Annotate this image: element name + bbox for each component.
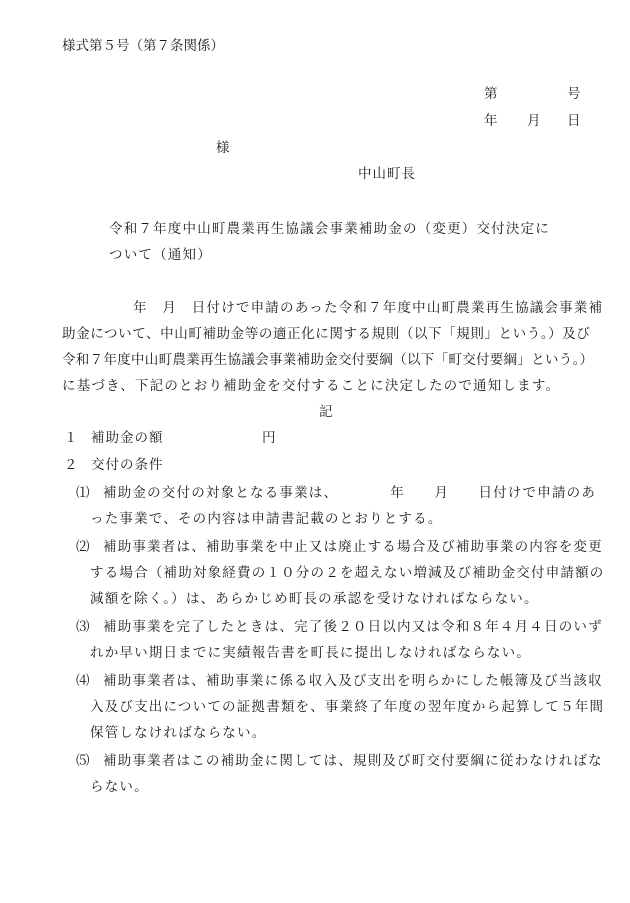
- sender-name: 中山町長: [358, 166, 416, 182]
- condition-2-number: ⑵: [76, 539, 90, 555]
- condition-3-line-2: れか早い期日までに実績報告書を町長に提出しなければならない。: [90, 645, 531, 661]
- doc-number-prefix: 第: [484, 86, 498, 102]
- condition-4-line-2: 入及び支出についての証拠書類を、事業終了年度の翌年度から起算して５年間: [90, 699, 604, 715]
- date-day: 日: [567, 113, 581, 129]
- condition-4-number: ⑷: [76, 673, 90, 689]
- condition-4-line-3: 保管しなければならない。: [90, 725, 266, 741]
- condition-5-line-2: らない。: [90, 779, 149, 795]
- body-line-2: 助金について、中山町補助金等の適正化に関する規則（以下「規則」という。）及び: [62, 326, 591, 342]
- date-year: 年: [484, 113, 498, 129]
- date-month: 月: [527, 113, 541, 129]
- body-line-1: 年 月 日付けで申請のあった令和７年度中山町農業再生協議会事業補: [133, 300, 603, 316]
- item2-number: ２: [64, 457, 78, 473]
- ki-heading: 記: [319, 404, 333, 420]
- condition-5-number: ⑸: [76, 753, 90, 769]
- item1-label: 補助金の額: [91, 430, 164, 446]
- item1-number: １: [64, 430, 78, 446]
- condition-2-line-3: 減額を除く。）は、あらかじめ町長の承認を受けなければならない。: [90, 591, 539, 607]
- condition-1-line-2: った事業で、その内容は申請書記載のとおりとする。: [90, 511, 443, 527]
- form-label: 様式第５号（第７条関係）: [62, 38, 224, 54]
- condition-4-line-1: 補助事業者は、補助事業に係る収入及び支出を明らかにした帳簿及び当該収: [103, 673, 603, 689]
- condition-5-line-1: 補助事業者はこの補助金に関しては、規則及び町交付要綱に従わなければな: [103, 753, 603, 769]
- title-line-1: 令和７年度中山町農業再生協議会事業補助金の（変更）交付決定に: [109, 221, 550, 237]
- condition-2-line-1: 補助事業者は、補助事業を中止又は廃止する場合及び補助事業の内容を変更: [103, 539, 603, 555]
- condition-2-line-2: する場合（補助対象経費の１０分の２を超えない増減及び補助金交付申請額の: [90, 565, 605, 581]
- body-line-4: に基づき、下記のとおり補助金を交付することに決定したので通知します。: [62, 378, 560, 394]
- item2-label: 交付の条件: [91, 457, 164, 473]
- condition-1-line-1: 補助金の交付の対象となる事業は、 年 月 日付けで申請のあ: [103, 485, 596, 501]
- item1-unit: 円: [262, 430, 276, 446]
- condition-3-number: ⑶: [76, 619, 90, 635]
- condition-1-number: ⑴: [76, 485, 90, 501]
- condition-3-line-1: 補助事業を完了したときは、完了後２０日以内又は令和８年４月４日のいず: [103, 619, 603, 635]
- title-line-2: ついて（通知）: [109, 247, 212, 263]
- addressee-suffix: 様: [216, 140, 230, 156]
- doc-number-suffix: 号: [567, 86, 581, 102]
- body-line-3: 令和７年度中山町農業再生協議会事業補助金交付要綱（以下「町交付要綱」という。）: [62, 352, 593, 368]
